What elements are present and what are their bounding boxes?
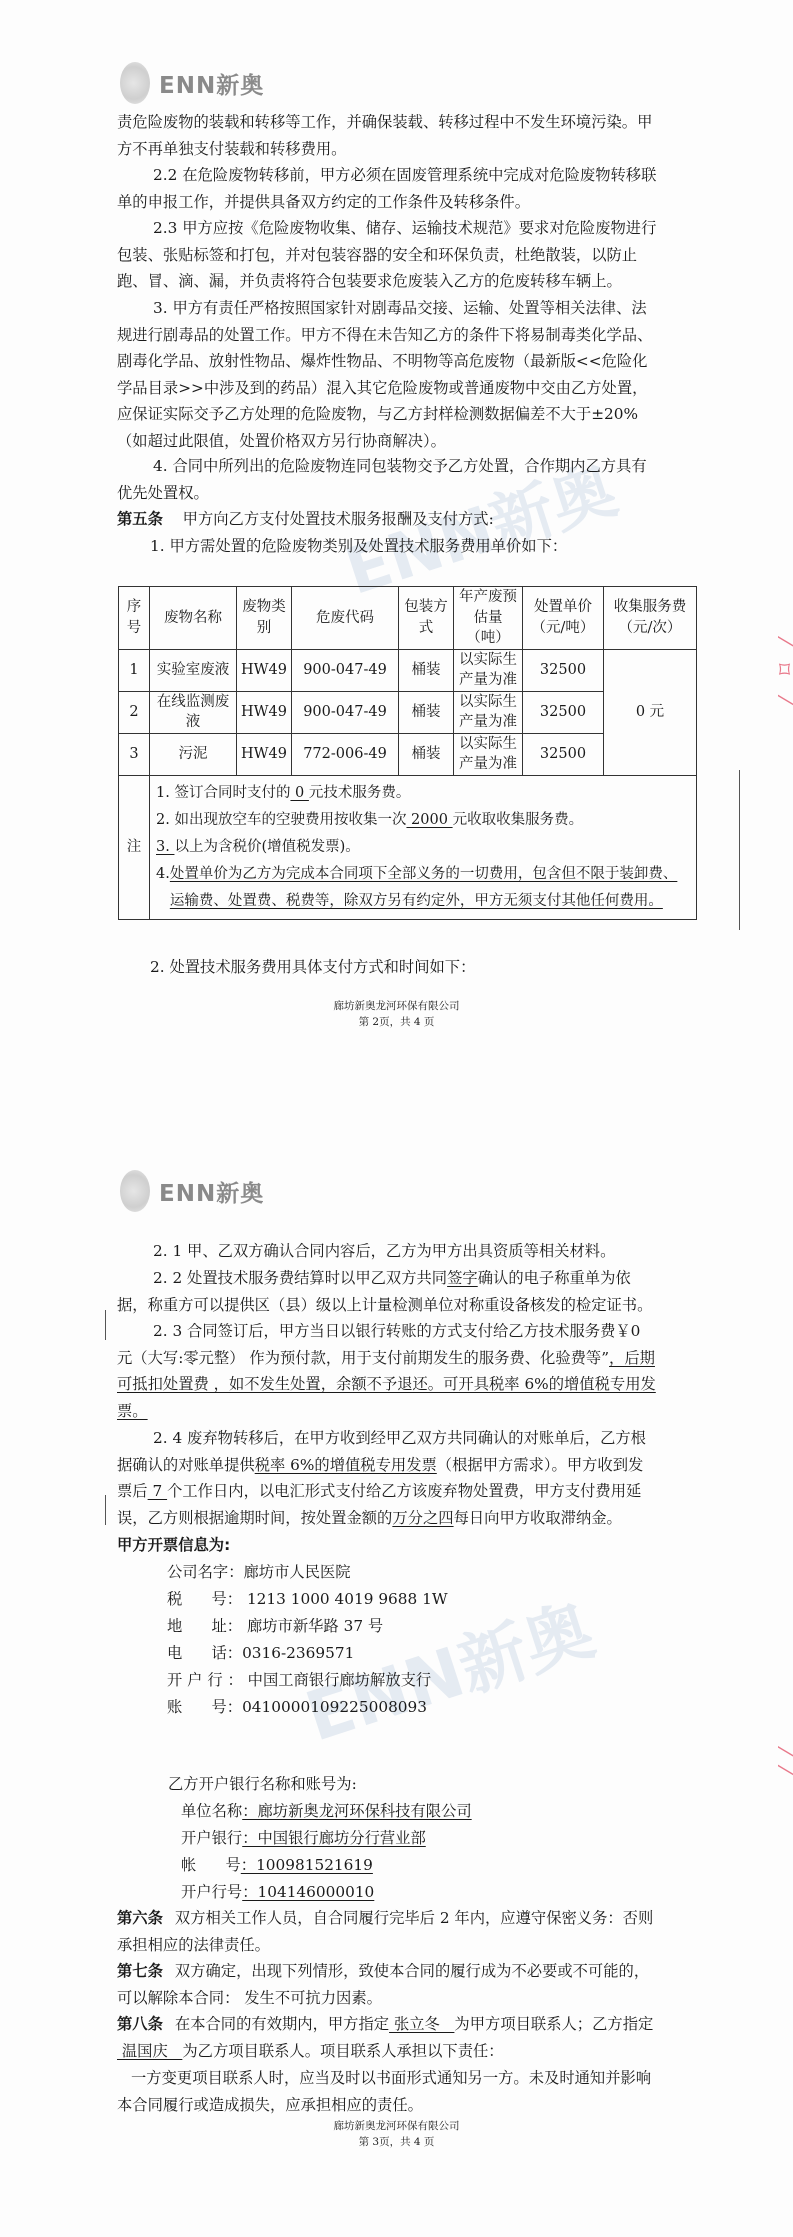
page-3: ENN新奥 ENN新奥 2. 1 甲、乙双方确认合同内容后，乙方为甲方出具资质等…: [0, 1060, 793, 2237]
article-5-label: 第五条: [117, 510, 163, 528]
party-a-tax-id: 税 号： 1213 1000 4019 9688 1W: [167, 1586, 707, 1613]
paragraph-2-3: 2. 3 合同签订后，甲方当日以银行转账的方式支付给乙方技术服务费￥0 元（大写…: [117, 1318, 657, 1424]
article-5: 第五条 甲方向乙方支付处置技术服务报酬及支付方式:: [117, 506, 657, 533]
party-a-contact: 张立冬: [389, 2015, 454, 2033]
margin-line: [105, 1495, 106, 1525]
paragraph-2-2: 2. 2 处置技术服务费结算时以甲乙双方共同签字确认的电子称重单为依据，称重方可…: [117, 1265, 657, 1318]
notes-cell: 1. 签订合同时支付的 0 元技术服务费。 2. 如出现放空车的空驶费用按收集一…: [150, 775, 697, 919]
article-5-item-1: 1. 甲方需处置的危险废物类别及处置技术服务费用单价如下：: [150, 533, 690, 560]
paragraph-2-2: 2.2 在危险废物转移前，甲方必须在固废管理系统中完成对危险废物转移联单的申报工…: [117, 162, 657, 215]
footer-page-number: 第 3页，共 4 页: [0, 2134, 793, 2150]
header-code: 危废代码: [292, 587, 399, 650]
logo-text: ENN新奥: [159, 1175, 264, 1208]
table-notes-row: 注 1. 签订合同时支付的 0 元技术服务费。 2. 如出现放空车的空驶费用按收…: [119, 775, 697, 919]
seal-stamp-mark: ⁄ ⁄: [772, 1750, 793, 1776]
party-a-address: 地 址： 廊坊市新华路 37 号: [167, 1613, 707, 1640]
footer-company: 廊坊新奥龙河环保有限公司: [0, 998, 793, 1014]
paragraph-4: 4. 合同中所列出的危险废物连同包装物交予乙方处置，合作期内乙方具有优先处置权。: [117, 453, 657, 506]
header-name: 废物名称: [150, 587, 237, 650]
article-8-duty: 一方变更项目联系人时，应当及时以书面形式通知另一方。未及时通知并影响本合同履行或…: [117, 2065, 657, 2118]
table-header-row: 序号 废物名称 废物类别 危废代码 包装方式 年产废预估量（吨） 处置单价（元/…: [119, 587, 697, 650]
page-footer: 廊坊新奥龙河环保有限公司 第 3页，共 4 页: [0, 2118, 793, 2150]
article-6: 第六条双方相关工作人员，自合同履行完毕后 2 年内，应遵守保密义务：否则承担相应…: [117, 1905, 657, 1958]
margin-line: [739, 770, 740, 930]
collection-fee: 0 元: [604, 649, 697, 775]
note-1: 1. 签订合同时支付的 0 元技术服务费。: [156, 780, 690, 807]
table-row: 1 实验室废液 HW49 900-047-49 桶装 以实际生产量为准 3250…: [119, 649, 697, 691]
party-b-account: 帐 号：100981521619: [181, 1852, 721, 1879]
paragraph-2-3: 2.3 甲方应按《危险废物收集、储存、运输技术规范》要求对危险废物进行包装、张贴…: [117, 215, 657, 295]
header-price: 处置单价（元/吨）: [523, 587, 604, 650]
paragraph-2-1: 2. 1 甲、乙双方确认合同内容后，乙方为甲方出具资质等相关材料。: [117, 1238, 657, 1265]
note-2: 2. 如出现放空车的空驶费用按收集一次 2000 元收取收集服务费。: [156, 807, 690, 834]
party-a-account: 账 号：0410000109225008093: [167, 1694, 707, 1721]
enn-logo-icon: [120, 1170, 150, 1212]
margin-line: [105, 1310, 106, 1340]
seal-stamp-mark: ⁄ ⌑ ⁄: [772, 640, 793, 706]
footer-company: 廊坊新奥龙河环保有限公司: [0, 2118, 793, 2134]
page-2: ENN新奥 ENN新奥 责危险废物的装载和转移等工作，并确保装载、转移过程中不发…: [0, 0, 793, 1060]
header-packaging: 包装方式: [399, 587, 454, 650]
enn-logo: ENN新奥: [120, 62, 264, 104]
enn-logo: ENN新奥: [120, 1170, 264, 1212]
party-a-bank: 开 户 行 ： 中国工商银行廊坊解放支行: [167, 1667, 707, 1694]
party-a-invoice-info: 公司名字：廊坊市人民医院 税 号： 1213 1000 4019 9688 1W…: [167, 1559, 707, 1721]
party-b-bank-title: 乙方开户银行名称和账号为:: [168, 1771, 708, 1798]
party-b-bank-info: 单位名称：廊坊新奥龙河环保科技有限公司 开户银行：中国银行廊坊分行营业部 帐 号…: [181, 1798, 721, 1906]
party-a-invoice-title: 甲方开票信息为:: [117, 1532, 657, 1559]
header-annual: 年产废预估量（吨）: [454, 587, 523, 650]
party-b-contact: 温国庆: [117, 2042, 182, 2060]
header-no: 序号: [119, 587, 150, 650]
paragraph-2-1-end: 责危险废物的装载和转移等工作，并确保装载、转移过程中不发生环境污染。甲方不再单独…: [117, 109, 657, 162]
article-7: 第七条双方确定，出现下列情形，致使本合同的履行成为不必要或不可能的，可以解除本合…: [117, 1958, 657, 2011]
article-5-text: 甲方向乙方支付处置技术服务报酬及支付方式:: [183, 510, 494, 528]
party-a-phone: 电 话：0316-2369571: [167, 1640, 707, 1667]
enn-logo-icon: [120, 62, 150, 104]
paragraph-2-4: 2. 4 废弃物转移后，在甲方收到经甲乙双方共同确认的对账单后，乙方根据确认的对…: [117, 1425, 657, 1531]
party-b-bank: 开户银行：中国银行廊坊分行营业部: [181, 1825, 721, 1852]
paragraph-3: 3. 甲方有责任严格按照国家针对剧毒品交接、运输、处置等相关法律、法规进行剧毒品…: [117, 295, 657, 454]
note-3: 3. 以上为含税价(增值税发票)。: [156, 834, 690, 861]
article-5-item-2: 2. 处置技术服务费用具体支付方式和时间如下：: [150, 954, 690, 981]
header-category: 废物类别: [237, 587, 292, 650]
footer-page-number: 第 2页，共 4 页: [0, 1014, 793, 1030]
page-footer: 廊坊新奥龙河环保有限公司 第 2页，共 4 页: [0, 998, 793, 1030]
party-b-bank-code: 开户行号：104146000010: [181, 1879, 721, 1906]
party-a-company: 公司名字：廊坊市人民医院: [167, 1559, 707, 1586]
article-8: 第八条在本合同的有效期内，甲方指定 张立冬 为甲方项目联系人；乙方指定 温国庆 …: [117, 2011, 657, 2064]
logo-text: ENN新奥: [159, 67, 264, 100]
header-collection: 收集服务费（元/次）: [604, 587, 697, 650]
note-4: 4. 处置单价为乙方为完成本合同项下全部义务的一切费用，包含但不限于装卸费、运输…: [156, 861, 690, 915]
party-b-company: 单位名称：廊坊新奥龙河环保科技有限公司: [181, 1798, 721, 1825]
notes-label: 注: [119, 775, 150, 919]
waste-fee-table: 序号 废物名称 废物类别 危废代码 包装方式 年产废预估量（吨） 处置单价（元/…: [118, 586, 697, 920]
